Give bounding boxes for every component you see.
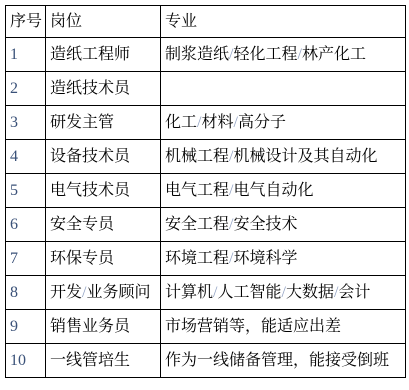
cell-no: 9: [6, 310, 46, 344]
table-row: 1造纸工程师制浆造纸/轻化工程/林产化工: [6, 38, 406, 72]
table-row: 5电气技术员电气工程/电气自动化: [6, 174, 406, 208]
cell-major: 安全工程/安全技术: [161, 208, 406, 242]
cell-position: 造纸技术员: [46, 72, 161, 106]
table-row: 4设备技术员机械工程/机械设计及其自动化: [6, 140, 406, 174]
header-position: 岗位: [46, 6, 161, 38]
slash-separator: /: [213, 284, 217, 301]
cell-position: 一线管培生: [46, 344, 161, 378]
slash-separator: /: [229, 216, 233, 233]
cell-position: 环保专员: [46, 242, 161, 276]
document-page: 序号 岗位 专业 1造纸工程师制浆造纸/轻化工程/林产化工2造纸技术员3研发主管…: [0, 0, 409, 378]
cell-no: 2: [6, 72, 46, 106]
cell-major: 制浆造纸/轻化工程/林产化工: [161, 38, 406, 72]
cell-major: 化工/材料/高分子: [161, 106, 406, 140]
table-row: 3研发主管化工/材料/高分子: [6, 106, 406, 140]
slash-separator: /: [297, 46, 301, 63]
slash-separator: /: [197, 114, 201, 131]
cell-position: 开发/业务顾问: [46, 276, 161, 310]
slash-separator: /: [229, 46, 233, 63]
cell-position: 安全专员: [46, 208, 161, 242]
slash-separator: /: [229, 182, 233, 199]
table-row: 9销售业务员市场营销等，能适应出差: [6, 310, 406, 344]
cell-no: 3: [6, 106, 46, 140]
cell-position: 电气技术员: [46, 174, 161, 208]
header-major: 专业: [161, 6, 406, 38]
slash-separator: /: [229, 148, 233, 165]
table-row: 10一线管培生作为一线储备管理，能接受倒班: [6, 344, 406, 378]
cell-position: 销售业务员: [46, 310, 161, 344]
slash-separator: /: [229, 250, 233, 267]
slash-separator: /: [281, 284, 285, 301]
cell-position: 研发主管: [46, 106, 161, 140]
cell-major: 作为一线储备管理，能接受倒班: [161, 344, 406, 378]
slash-separator: /: [334, 284, 338, 301]
cell-position: 造纸工程师: [46, 38, 161, 72]
cell-major: 计算机/人工智能/大数据/会计: [161, 276, 406, 310]
cell-major: [161, 72, 406, 106]
table-row: 6安全专员安全工程/安全技术: [6, 208, 406, 242]
cell-major: 市场营销等，能适应出差: [161, 310, 406, 344]
cell-major: 环境工程/环境科学: [161, 242, 406, 276]
table-row: 2造纸技术员: [6, 72, 406, 106]
cell-no: 7: [6, 242, 46, 276]
cell-no: 5: [6, 174, 46, 208]
table-row: 8开发/业务顾问计算机/人工智能/大数据/会计: [6, 276, 406, 310]
table-row: 7环保专员环境工程/环境科学: [6, 242, 406, 276]
cell-no: 4: [6, 140, 46, 174]
table-body: 1造纸工程师制浆造纸/轻化工程/林产化工2造纸技术员3研发主管化工/材料/高分子…: [6, 38, 406, 378]
header-no: 序号: [6, 6, 46, 38]
slash-separator: /: [233, 114, 237, 131]
cell-position: 设备技术员: [46, 140, 161, 174]
cell-no: 6: [6, 208, 46, 242]
cell-major: 机械工程/机械设计及其自动化: [161, 140, 406, 174]
table-header: 序号 岗位 专业: [6, 6, 406, 38]
cell-major: 电气工程/电气自动化: [161, 174, 406, 208]
cell-no: 8: [6, 276, 46, 310]
cell-no: 1: [6, 38, 46, 72]
job-positions-table: 序号 岗位 专业 1造纸工程师制浆造纸/轻化工程/林产化工2造纸技术员3研发主管…: [5, 5, 406, 378]
slash-separator: /: [82, 284, 86, 301]
header-row: 序号 岗位 专业: [6, 6, 406, 38]
cell-no: 10: [6, 344, 46, 378]
